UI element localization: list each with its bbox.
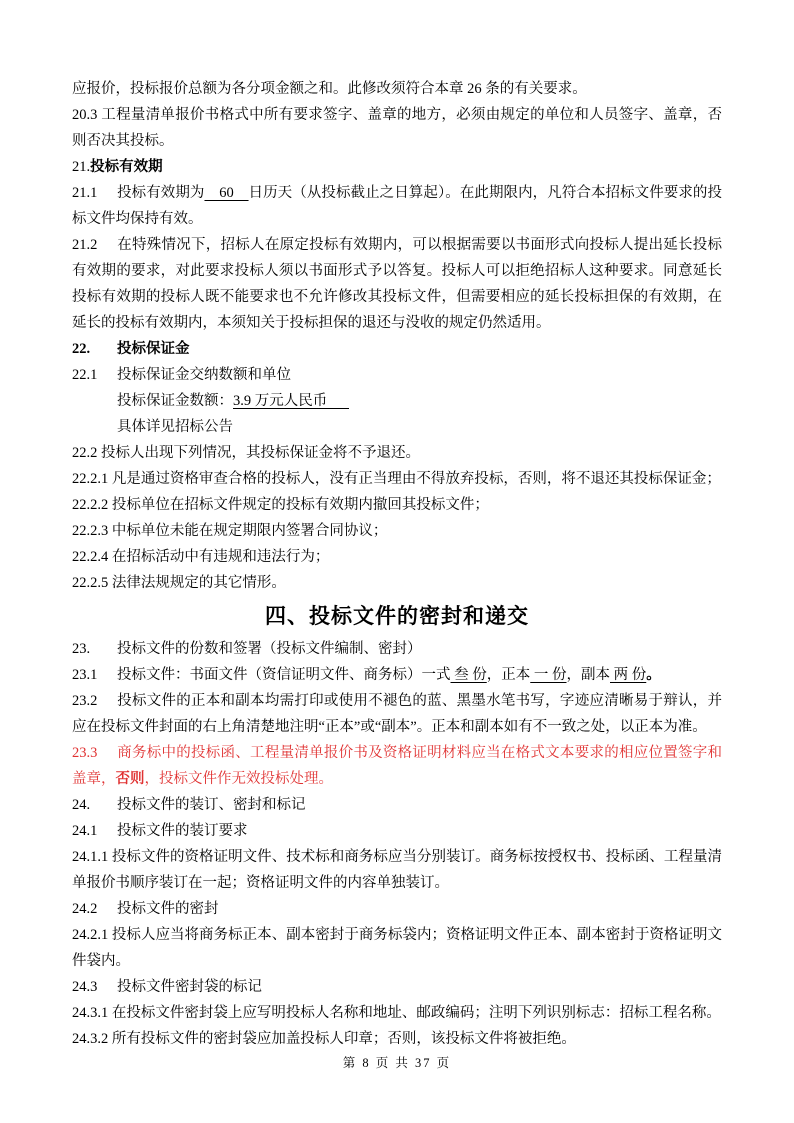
paragraph: 24.投标文件的装订、密封和标记: [72, 792, 722, 818]
paragraph: 24.3投标文件密封袋的标记: [72, 974, 722, 1000]
paragraph: 24.2投标文件的密封: [72, 896, 722, 922]
text-run: 投标保证金数额：: [117, 393, 233, 409]
document-body: 应报价，投标报价总额为各分项金额之和。此修改须符合本章 26 条的有关要求。20…: [0, 0, 794, 1052]
paragraph: 23.3商务标中的投标函、工程量清单报价书及资格证明材料应当在格式文本要求的相应…: [72, 740, 722, 792]
text-run: 22.: [72, 336, 117, 362]
text-run: 22.2.1 凡是通过资格审查合格的投标人，没有正当理由不得放弃投标，否则，将不…: [72, 471, 721, 487]
text-run: 叁 份: [451, 667, 487, 683]
text-run: ，副本: [567, 667, 611, 683]
text-run: 具体详见招标公告: [117, 419, 233, 435]
paragraph: 22.1投标保证金交纳数额和单位: [72, 362, 722, 388]
text-run: 24.2: [72, 896, 117, 922]
paragraph: 23.1投标文件：书面文件（资信证明文件、商务标）一式 叁 份，正本 一 份，副…: [72, 662, 722, 688]
text-run: 投标文件的装订要求: [117, 823, 248, 839]
text-run: 投标文件的密封: [117, 901, 219, 917]
text-run: 24.3.1 在投标文件密封袋上应写明投标人名称和地址、邮政编码；注明下列识别标…: [72, 1005, 721, 1021]
paragraph: 21.2在特殊情况下，招标人在原定投标有效期内，可以根据需要以书面形式向投标人提…: [72, 232, 722, 336]
text-run: 投标保证金交纳数额和单位: [117, 367, 291, 383]
section-heading: 22.投标保证金: [72, 336, 722, 362]
text-run: 22.1: [72, 362, 117, 388]
text-run: 21.2: [72, 232, 117, 258]
text-run: 22.2.3 中标单位未能在规定期限内签署合同协议；: [72, 523, 387, 539]
text-run: 24.2.1 投标人应当将商务标正本、副本密封于商务标袋内；资格证明文件正本、副…: [72, 927, 722, 969]
paragraph: 具体详见招标公告: [72, 414, 722, 440]
paragraph: 22.2.3 中标单位未能在规定期限内签署合同协议；: [72, 518, 722, 544]
text-run: 投标文件的装订、密封和标记: [117, 797, 306, 813]
text-run: 24.1: [72, 818, 117, 844]
paragraph: 21.1投标有效期为 60 日历天（从投标截止之日算起）。在此期限内，凡符合本招…: [72, 180, 722, 232]
text-run: 24.1.1 投标文件的资格证明文件、技术标和商务标应当分别装订。商务标按授权书…: [72, 849, 722, 891]
text-run: 60: [204, 185, 248, 201]
text-run: 3.9 万元人民币: [233, 393, 349, 409]
text-run: 投标文件的份数和签署（投标文件编制、密封）: [117, 641, 422, 657]
paragraph: 23.投标文件的份数和签署（投标文件编制、密封）: [72, 636, 722, 662]
text-run: 21.: [72, 159, 90, 175]
paragraph: 投标保证金数额：3.9 万元人民币: [72, 388, 722, 414]
document-page: { "colors": { "red_text": "#e03131" }, "…: [0, 0, 794, 1123]
paragraph: 24.1.1 投标文件的资格证明文件、技术标和商务标应当分别装订。商务标按授权书…: [72, 844, 722, 896]
text-run: 24.: [72, 792, 117, 818]
paragraph: 22.2.1 凡是通过资格审查合格的投标人，没有正当理由不得放弃投标，否则，将不…: [72, 466, 722, 492]
paragraph: 24.3.1 在投标文件密封袋上应写明投标人名称和地址、邮政编码；注明下列识别标…: [72, 1000, 722, 1026]
text-run: 在特殊情况下，招标人在原定投标有效期内，可以根据需要以书面形式向投标人提出延长投…: [72, 237, 722, 331]
text-run: 投标文件：书面文件（资信证明文件、商务标）一式: [117, 667, 451, 683]
text-run: 投标有效期: [90, 159, 163, 175]
text-run: 23.2: [72, 688, 117, 714]
paragraph: 22.2 投标人出现下列情况，其投标保证金将不予退还。: [72, 440, 722, 466]
section-heading: 21.投标有效期: [72, 154, 722, 180]
chapter-title: 四、投标文件的密封和递交: [72, 596, 722, 636]
text-run: 一 份: [530, 667, 566, 683]
paragraph: 22.2.2 投标单位在招标文件规定的投标有效期内撤回其投标文件；: [72, 492, 722, 518]
text-run: 投标有效期为: [117, 185, 204, 201]
text-run: 23.1: [72, 662, 117, 688]
text-run: 24.3.2 所有投标文件的密封袋应加盖投标人印章；否则，该投标文件将被拒绝。: [72, 1031, 576, 1047]
paragraph: 22.2.4 在招标活动中有违规和违法行为；: [72, 544, 722, 570]
paragraph: 24.3.2 所有投标文件的密封袋应加盖投标人印章；否则，该投标文件将被拒绝。: [72, 1026, 722, 1052]
text-run: 22.2.2 投标单位在招标文件规定的投标有效期内撤回其投标文件；: [72, 497, 489, 513]
text-run: ，投标文件作无效投标处理。: [145, 771, 334, 787]
paragraph: 24.1投标文件的装订要求: [72, 818, 722, 844]
text-run: 22.2 投标人出现下列情况，其投标保证金将不予退还。: [72, 445, 420, 461]
text-run: 23.: [72, 636, 117, 662]
text-run: 23.3: [72, 740, 117, 766]
text-run: 两 份: [610, 667, 646, 683]
text-run: 20.3 工程量清单报价书格式中所有要求签字、盖章的地方，必须由规定的单位和人员…: [72, 107, 722, 149]
text-run: 22.2.4 在招标活动中有违规和违法行为；: [72, 549, 329, 565]
paragraph: 24.2.1 投标人应当将商务标正本、副本密封于商务标袋内；资格证明文件正本、副…: [72, 922, 722, 974]
page-footer: 第 8 页 共 37 页: [0, 1054, 794, 1072]
paragraph: 22.2.5 法律法规规定的其它情形。: [72, 570, 722, 596]
text-run: 四、投标文件的密封和递交: [265, 604, 529, 628]
text-run: ，正本: [487, 667, 531, 683]
paragraph: 23.2投标文件的正本和副本均需打印或使用不褪色的蓝、黑墨水笔书写，字迹应清晰易…: [72, 688, 722, 740]
text-run: 21.1: [72, 180, 117, 206]
text-run: 投标文件的正本和副本均需打印或使用不褪色的蓝、黑墨水笔书写，字迹应清晰易于辩认，…: [72, 693, 722, 735]
text-run: 投标保证金: [117, 341, 190, 357]
text-run: 22.2.5 法律法规规定的其它情形。: [72, 575, 286, 591]
text-run: 24.3: [72, 974, 117, 1000]
text-run: 。: [646, 667, 661, 683]
text-run: 否则: [116, 771, 145, 787]
text-run: 投标文件密封袋的标记: [117, 979, 262, 995]
text-run: 应报价，投标报价总额为各分项金额之和。此修改须符合本章 26 条的有关要求。: [72, 81, 587, 97]
paragraph: 20.3 工程量清单报价书格式中所有要求签字、盖章的地方，必须由规定的单位和人员…: [72, 102, 722, 154]
paragraph: 应报价，投标报价总额为各分项金额之和。此修改须符合本章 26 条的有关要求。: [72, 76, 722, 102]
